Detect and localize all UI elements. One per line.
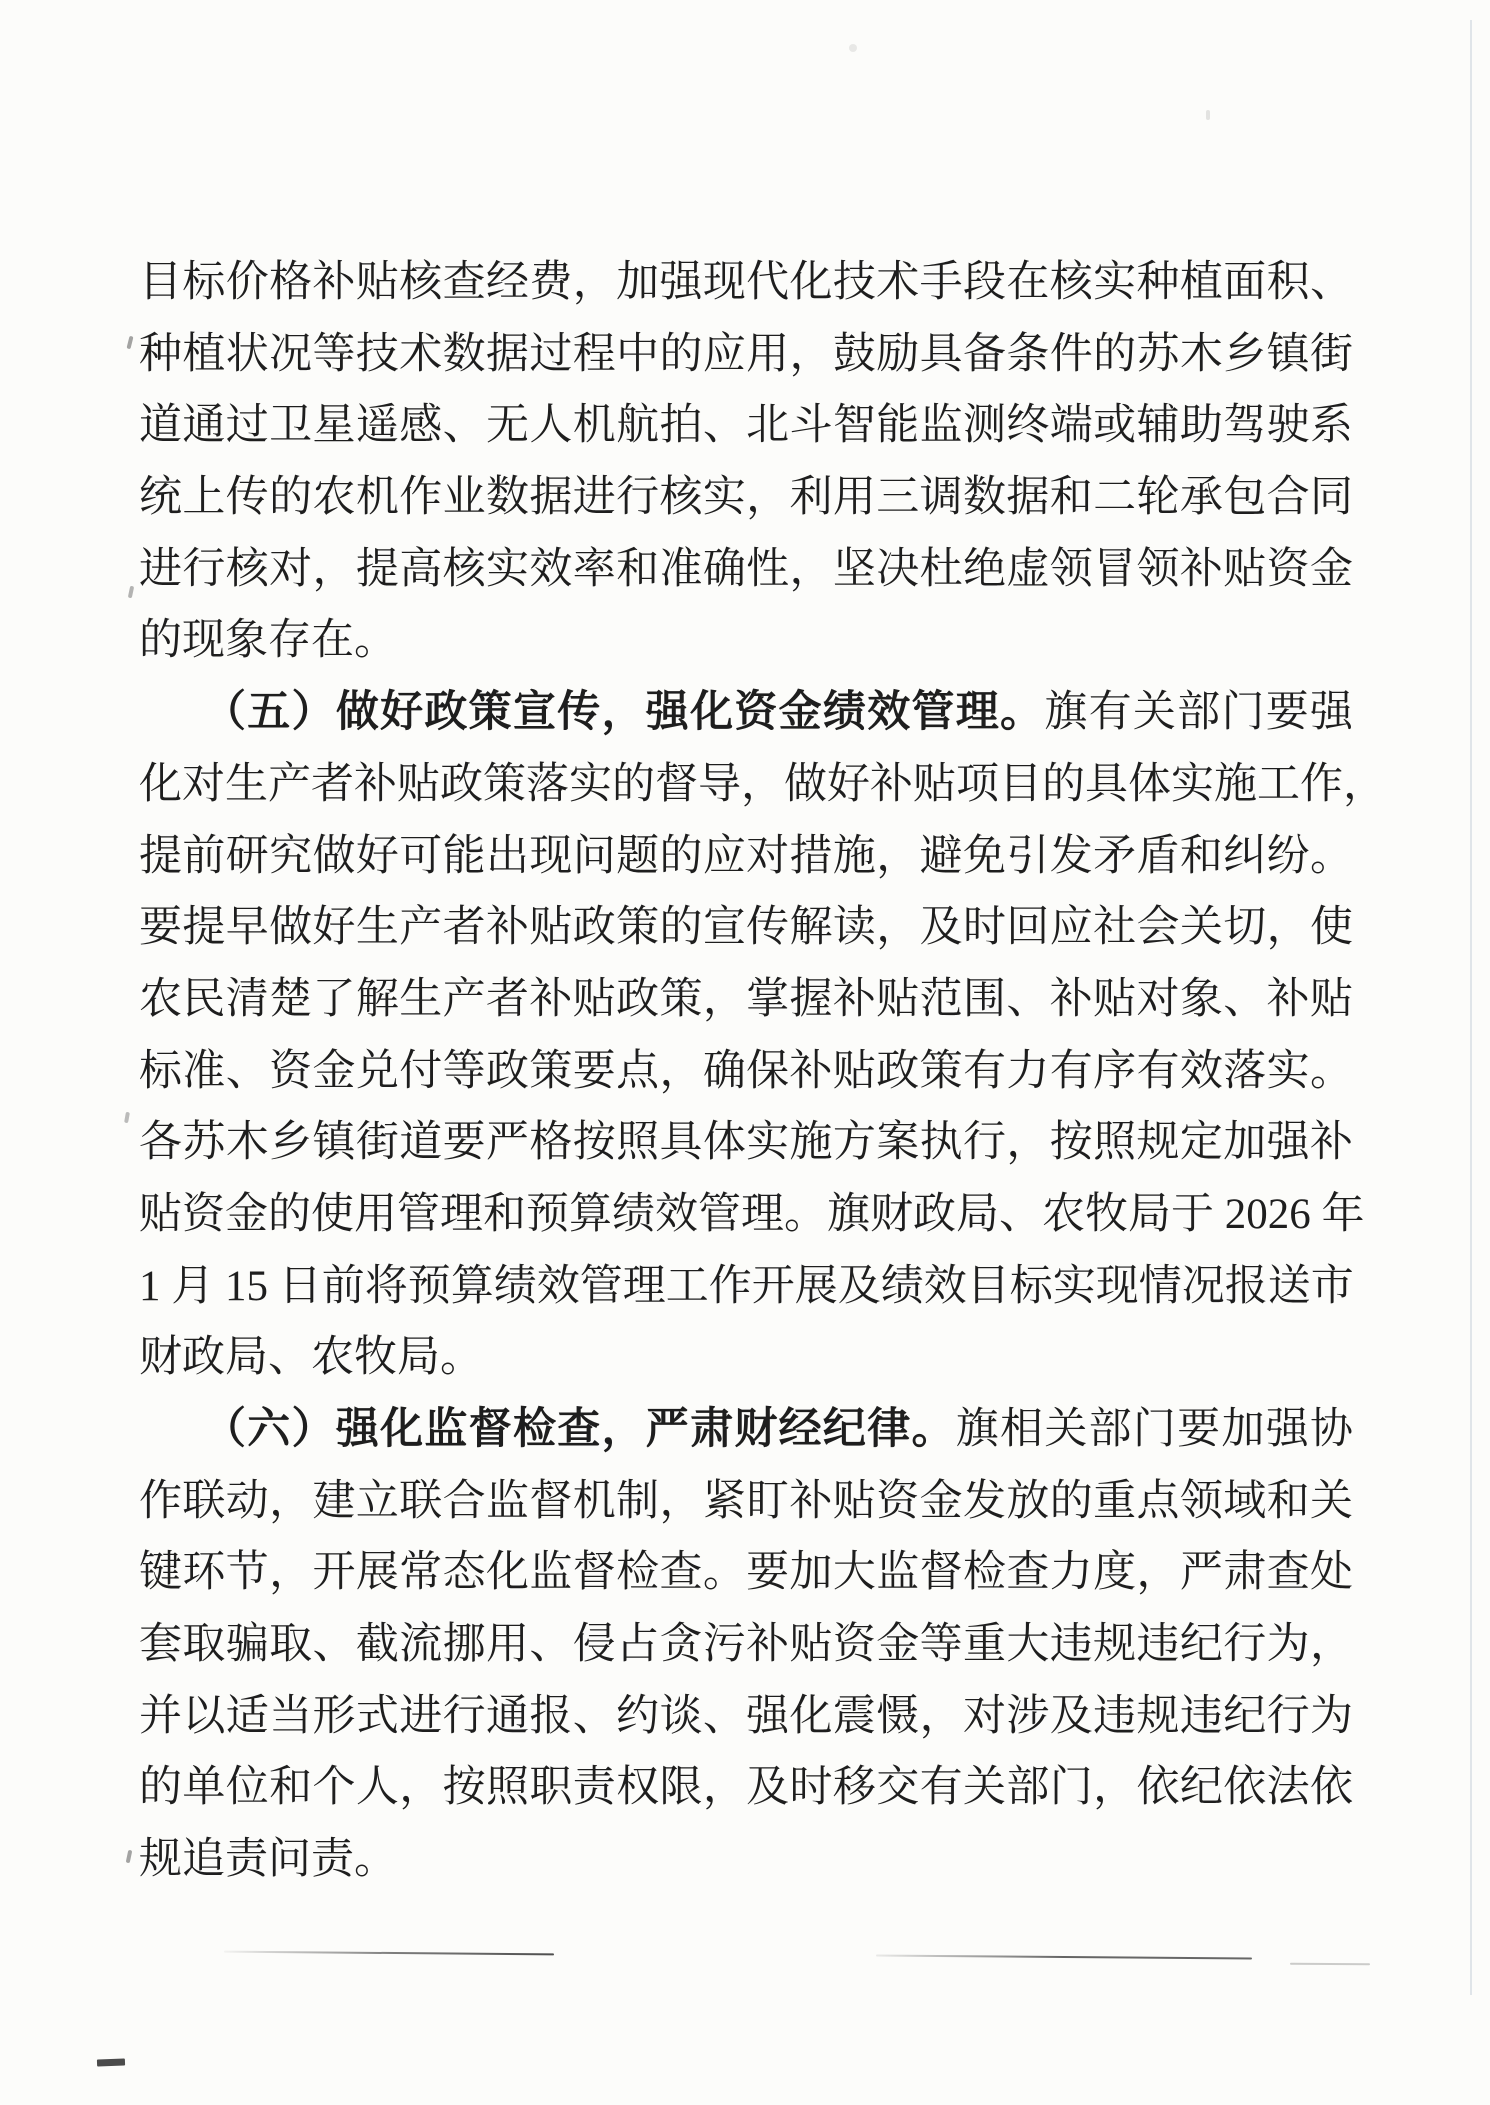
scan-edge-line xyxy=(1470,20,1472,1995)
text-line: 贴资金的使用管理和预算绩效管理。旗财政局、农牧局于 2026 年 xyxy=(139,1179,1353,1251)
text-line: 进行核对，提高核实效率和准确性，坚决杜绝虚领冒领补贴资金 xyxy=(139,534,1353,606)
body-text: 1 月 15 日前将预算绩效管理工作开展及绩效目标实现情况报送市 xyxy=(139,1263,1354,1310)
scanned-document-page: 目标价格补贴核查经费，加强现代化技术手段在核实种植面积、种植状况等技术数据过程中… xyxy=(0,0,1490,2105)
scan-speck xyxy=(124,1112,130,1124)
body-text: 财政局、农牧局。 xyxy=(139,1334,483,1381)
text-line: 并以适当形式进行通报、约谈、强化震慑，对涉及违规违纪行为 xyxy=(139,1681,1353,1753)
body-text: 套取骗取、截流挪用、侵占贪污补贴资金等重大违规违纪行为， xyxy=(139,1621,1353,1668)
text-line: （六）强化监督检查，严肃财经纪律。旗相关部门要加强协 xyxy=(139,1394,1353,1466)
text-line: 各苏木乡镇街道要严格按照具体实施方案执行，按照规定加强补 xyxy=(139,1107,1353,1179)
scan-speck xyxy=(1206,110,1210,120)
text-line: 道通过卫星遥感、无人机航拍、北斗智能监测终端或辅助驾驶系 xyxy=(139,390,1353,462)
body-text: 种植状况等技术数据过程中的应用，鼓励具备条件的苏木乡镇街 xyxy=(139,331,1353,378)
text-block: 目标价格补贴核查经费，加强现代化技术手段在核实种植面积、种植状况等技术数据过程中… xyxy=(139,247,1353,1896)
text-line: 的现象存在。 xyxy=(139,605,1353,677)
text-line: 统上传的农机作业数据进行核实，利用三调数据和二轮承包合同 xyxy=(139,462,1353,534)
text-line: 1 月 15 日前将预算绩效管理工作开展及绩效目标实现情况报送市 xyxy=(139,1251,1353,1323)
body-text: 目标价格补贴核查经费，加强现代化技术手段在核实种植面积、 xyxy=(139,259,1353,306)
body-text: 提前研究做好可能出现问题的应对措施，避免引发矛盾和纠纷。 xyxy=(139,833,1353,880)
body-text: 的单位和个人，按照职责权限，及时移交有关部门，依纪依法依 xyxy=(139,1764,1353,1811)
text-line: 农民清楚了解生产者补贴政策，掌握补贴范围、补贴对象、补贴 xyxy=(139,964,1353,1036)
body-text: 贴资金的使用管理和预算绩效管理。旗财政局、农牧局于 2026 年 xyxy=(139,1191,1365,1238)
body-text: 旗相关部门要加强协 xyxy=(956,1406,1353,1453)
body-text: 农民清楚了解生产者补贴政策，掌握补贴范围、补贴对象、补贴 xyxy=(139,976,1353,1023)
text-line: （五）做好政策宣传，强化资金绩效管理。旗有关部门要强 xyxy=(139,677,1353,749)
body-text: 各苏木乡镇街道要严格按照具体实施方案执行，按照规定加强补 xyxy=(139,1119,1353,1166)
scan-artifact-line xyxy=(876,1955,1252,1960)
body-text: 并以适当形式进行通报、约谈、强化震慑，对涉及违规违纪行为 xyxy=(139,1693,1353,1740)
body-text: 要提早做好生产者补贴政策的宣传解读，及时回应社会关切，使 xyxy=(139,904,1353,951)
text-line: 目标价格补贴核查经费，加强现代化技术手段在核实种植面积、 xyxy=(139,247,1353,319)
text-line: 化对生产者补贴政策落实的督导，做好补贴项目的具体实施工作， xyxy=(139,749,1353,821)
text-line: 作联动，建立联合监督机制，紧盯补贴资金发放的重点领域和关 xyxy=(139,1466,1353,1538)
body-text: 进行核对，提高核实效率和准确性，坚决杜绝虚领冒领补贴资金 xyxy=(139,546,1353,593)
body-text: 规追责问责。 xyxy=(139,1836,397,1883)
text-line: 标准、资金兑付等政策要点，确保补贴政策有力有序有效落实。 xyxy=(139,1036,1353,1108)
scan-artifact-line xyxy=(224,1951,554,1956)
text-line: 规追责问责。 xyxy=(139,1824,1353,1896)
scan-speck xyxy=(126,336,133,350)
body-text: 化对生产者补贴政策落实的督导，做好补贴项目的具体实施工作， xyxy=(139,761,1386,808)
body-text: 标准、资金兑付等政策要点，确保补贴政策有力有序有效落实。 xyxy=(139,1048,1353,1095)
text-line: 要提早做好生产者补贴政策的宣传解读，及时回应社会关切，使 xyxy=(139,892,1353,964)
scan-artifact-line xyxy=(1290,1963,1370,1965)
text-line: 的单位和个人，按照职责权限，及时移交有关部门，依纪依法依 xyxy=(139,1752,1353,1824)
body-text: 旗有关部门要强 xyxy=(1044,689,1353,736)
scan-speck xyxy=(126,1850,133,1864)
scan-artifact-mark xyxy=(97,2059,125,2067)
body-text: 统上传的农机作业数据进行核实，利用三调数据和二轮承包合同 xyxy=(139,474,1353,521)
text-line: 键环节，开展常态化监督检查。要加大监督检查力度，严肃查处 xyxy=(139,1537,1353,1609)
text-line: 种植状况等技术数据过程中的应用，鼓励具备条件的苏木乡镇街 xyxy=(139,319,1353,391)
body-text: 作联动，建立联合监督机制，紧盯补贴资金发放的重点领域和关 xyxy=(139,1478,1353,1525)
body-text: 键环节，开展常态化监督检查。要加大监督检查力度，严肃查处 xyxy=(139,1549,1353,1596)
body-text: 的现象存在。 xyxy=(139,617,397,664)
body-text: 道通过卫星遥感、无人机航拍、北斗智能监测终端或辅助驾驶系 xyxy=(139,402,1353,449)
section-heading-text: （五）做好政策宣传，强化资金绩效管理。 xyxy=(203,689,1044,736)
text-line: 套取骗取、截流挪用、侵占贪污补贴资金等重大违规违纪行为， xyxy=(139,1609,1353,1681)
text-line: 提前研究做好可能出现问题的应对措施，避免引发矛盾和纠纷。 xyxy=(139,821,1353,893)
section-heading-text: （六）强化监督检查，严肃财经纪律。 xyxy=(203,1406,956,1453)
text-line: 财政局、农牧局。 xyxy=(139,1322,1353,1394)
scan-speck xyxy=(128,586,134,599)
scan-speck xyxy=(849,44,857,52)
